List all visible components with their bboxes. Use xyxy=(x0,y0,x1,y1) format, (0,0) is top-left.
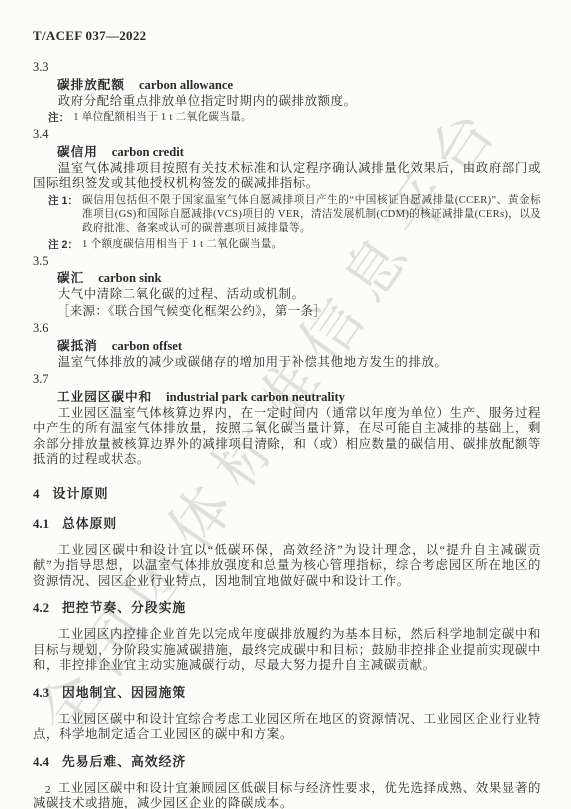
clause-body-4-3: 工业园区碳中和设计宜综合考虑工业园区所在地区的资源情况、工业园区企业行业特点，科… xyxy=(33,712,541,743)
term-zh-3-3: 碳排放配额 xyxy=(57,78,125,92)
term-line-3-7: 工业园区碳中和industrial park carbon neutrality xyxy=(57,389,541,405)
clause-title-4-3: 因地制宜、因园施策 xyxy=(62,685,186,700)
section-number-3-5: 3.5 xyxy=(33,254,541,270)
term-en-3-7: industrial park carbon neutrality xyxy=(166,390,345,404)
clause-heading-4-2: 4.2把控节奏、分段实施 xyxy=(33,600,541,616)
section-number-3-3: 3.3 xyxy=(33,60,541,76)
clause-heading-4-4: 4.4先易后难、高效经济 xyxy=(33,754,541,770)
term-line-3-6: 碳抵消carbon offset xyxy=(57,338,541,354)
term-zh-3-4: 碳信用 xyxy=(57,145,98,159)
term-en-3-5: carbon sink xyxy=(98,271,161,285)
term-en-3-6: carbon offset xyxy=(112,339,182,353)
chapter-title: 设计原则 xyxy=(53,486,109,501)
term-line-3-4: 碳信用carbon credit xyxy=(57,144,541,160)
chapter-heading: 4设计原则 xyxy=(33,486,541,502)
clause-title-4-2: 把控节奏、分段实施 xyxy=(62,600,186,615)
note-3-3: 注： 1 单位配额相当于 1 t 二氧化碳当量。 xyxy=(48,111,541,125)
section-number-3-7: 3.7 xyxy=(33,372,541,388)
definition-3-4: 温室气体减排项目按照有关技术标准和认定程序确认减排量化效果后，由政府部门或国际组… xyxy=(33,161,541,192)
section-number-3-4: 3.4 xyxy=(33,127,541,143)
source-line-3-5: ［来源：《联合国气候变化框架公约》，第一条］ xyxy=(57,304,541,320)
note-2-3-4: 注 2： 1 个额度碳信用相当于 1 t 二氧化碳当量。 xyxy=(48,238,541,252)
term-en-3-4: carbon credit xyxy=(112,145,184,159)
clause-number-4-2: 4.2 xyxy=(33,601,49,615)
term-en-3-3: carbon allowance xyxy=(139,78,233,92)
note-text-1-3-4: 碳信用包括但不限于国家温室气体自愿减排项目产生的“中国核证自愿减排量(CCER)… xyxy=(82,194,541,236)
clause-number-4-3: 4.3 xyxy=(33,686,49,700)
clause-number-4-1: 4.1 xyxy=(33,517,49,531)
note-text-2-3-4: 1 个额度碳信用相当于 1 t 二氧化碳当量。 xyxy=(82,238,283,252)
clause-heading-4-1: 4.1总体原则 xyxy=(33,516,541,532)
clause-body-4-4: 工业园区碳中和设计宜兼顾园区低碳目标与经济性要求，优先选择成熟、效果显著的减碳技… xyxy=(33,781,541,809)
definition-3-6: 温室气体排放的减少或碳储存的增加用于补偿其他地方发生的排放。 xyxy=(33,355,541,371)
term-zh-3-7: 工业园区碳中和 xyxy=(57,390,152,404)
standard-document-page: 全国团体标准信息平台 T/ACEF 037—2022 3.3 碳排放配额carb… xyxy=(0,0,571,809)
term-line-3-5: 碳汇carbon sink xyxy=(57,270,541,286)
doc-number: T/ACEF 037—2022 xyxy=(33,28,541,44)
section-number-3-6: 3.6 xyxy=(33,321,541,337)
clause-body-4-2: 工业园区内控排企业首先以完成年度碳排放履约为基本目标，然后科学地制定碳中和目标与… xyxy=(33,627,541,674)
note-1-3-4: 注 1： 碳信用包括但不限于国家温室气体自愿减排项目产生的“中国核证自愿减排量(… xyxy=(48,194,541,236)
note-text-3-3: 1 单位配额相当于 1 t 二氧化碳当量。 xyxy=(73,111,252,125)
note-label-1-3-4: 注 1： xyxy=(48,194,78,236)
definition-3-7: 工业园区温室气体核算边界内，在一定时间内（通常以年度为单位）生产、服务过程中产生… xyxy=(33,406,541,468)
note-label-3-3: 注： xyxy=(48,111,69,125)
clause-heading-4-3: 4.3因地制宜、因园施策 xyxy=(33,685,541,701)
clause-number-4-4: 4.4 xyxy=(33,755,49,769)
definition-3-3: 政府分配给重点排放单位指定时期内的碳排放额度。 xyxy=(33,94,541,110)
term-zh-3-5: 碳汇 xyxy=(57,271,84,285)
page-content: T/ACEF 037—2022 3.3 碳排放配额carbon allowanc… xyxy=(33,28,541,809)
clause-title-4-1: 总体原则 xyxy=(62,516,117,531)
clause-body-4-1: 工业园区碳中和设计宜以“低碳环保，高效经济”为设计理念，以“提升自主减碳贡献”为… xyxy=(33,543,541,590)
clause-title-4-4: 先易后难、高效经济 xyxy=(62,754,186,769)
definition-3-5: 大气中清除二氧化碳的过程、活动或机制。 xyxy=(33,287,541,303)
note-label-2-3-4: 注 2： xyxy=(48,238,78,252)
chapter-number: 4 xyxy=(33,486,40,501)
term-zh-3-6: 碳抵消 xyxy=(57,339,98,353)
term-line-3-3: 碳排放配额carbon allowance xyxy=(57,77,541,93)
